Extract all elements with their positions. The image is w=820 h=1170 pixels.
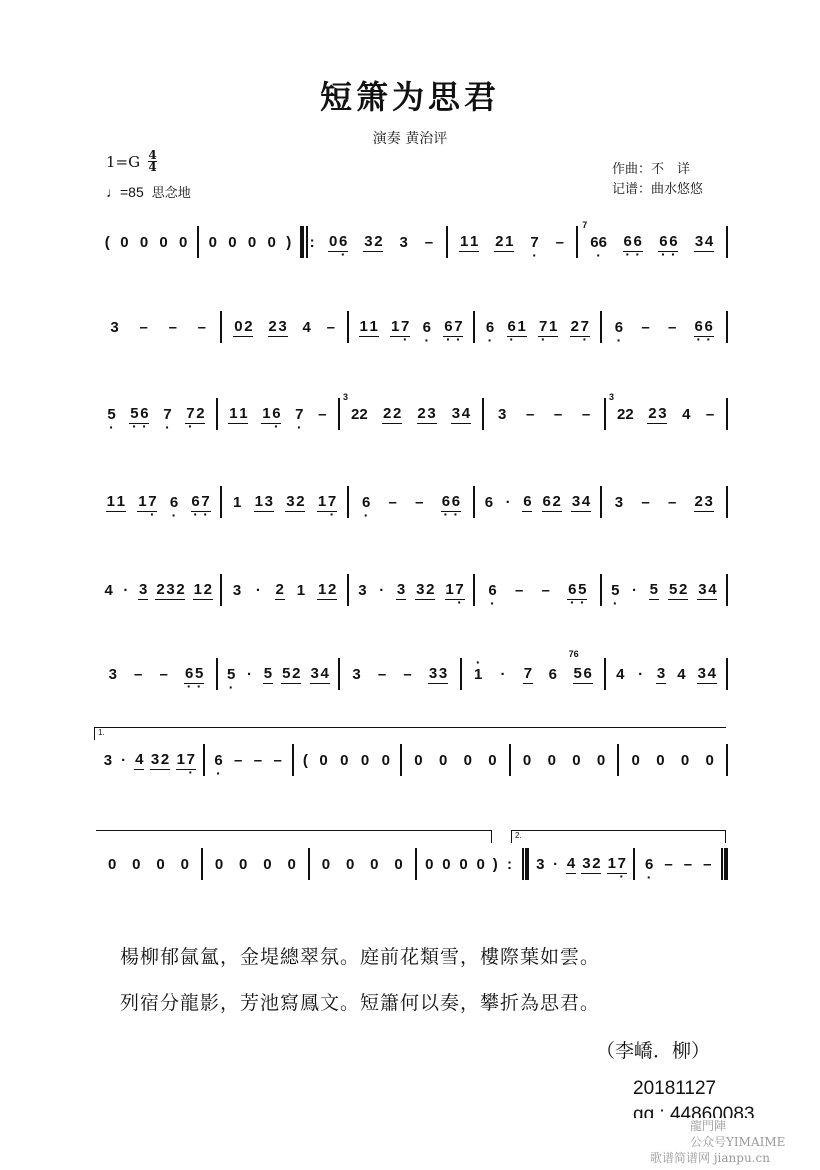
measure: 0000 — [310, 844, 415, 884]
measure: 0000): — [417, 844, 522, 884]
first-ending-continuation — [96, 830, 492, 843]
score-line-4: 1117667 1133217 6––66 6·66234 3––23 — [96, 482, 728, 522]
poem-line-2: 列宿分龍影，芳池寫鳳文。短簫何以奏，攀折為思君。 — [120, 988, 600, 1015]
score-title: 短箫为思君 — [0, 72, 820, 118]
score-line-5: 4·323212 3·2112 3·33217 6––65 5·55234 — [96, 570, 728, 610]
time-signature: 4 4 — [148, 150, 157, 173]
measure: 3––– — [484, 394, 604, 434]
measure: 3·43217 — [96, 740, 203, 780]
measure: 3––65 — [96, 654, 216, 694]
measure: 1·767656 — [462, 654, 604, 694]
score-line-3: 556772 11167– 322222334 3––– 322234– — [96, 394, 728, 434]
measure: 0000 — [619, 740, 726, 780]
tempo-marking: ♩=85思念地 — [106, 182, 191, 201]
score-line-7: 3·43217 6––– (0000 0000 0000 0000 — [96, 740, 728, 780]
measure: 322222334 — [340, 394, 482, 434]
measure: 6617127 — [475, 307, 599, 347]
final-barline — [721, 848, 728, 880]
qq-contact: qq : 44860083 — [633, 1104, 755, 1118]
poem-attribution: （李嶠．柳） — [596, 1036, 710, 1063]
measure: 1117667 — [96, 482, 220, 522]
measure: 6––66 — [349, 482, 473, 522]
measure: 3––– — [96, 307, 220, 347]
measure: 11167– — [218, 394, 338, 434]
measure: 556772 — [96, 394, 216, 434]
key-label: 1=G — [106, 153, 140, 171]
measure: 0000 — [511, 740, 618, 780]
first-ending-bracket: 1. — [94, 727, 726, 740]
score-line-8: 0000 0000 0000 0000): 3·43217 6––– — [96, 844, 728, 884]
measure: 4·3434 — [606, 654, 726, 694]
measure: 766666634 — [578, 222, 726, 262]
date-stamp: 20181127 — [633, 1078, 716, 1100]
mood-marking: 思念地 — [152, 186, 191, 201]
measure: (0000 — [294, 740, 401, 780]
measure: 6·66234 — [475, 482, 599, 522]
composer-credit: 作曲：不 详 — [612, 160, 703, 180]
measure: 0000 — [96, 844, 201, 884]
measure: 11217– — [448, 222, 577, 262]
measure: (0000 — [96, 222, 197, 262]
measure: 4·323212 — [96, 570, 220, 610]
measure: 3––23 — [602, 482, 726, 522]
measure: 06323– — [317, 222, 446, 262]
measure: 1117667 — [349, 307, 473, 347]
measure: 1133217 — [222, 482, 346, 522]
repeat-end-barline — [522, 848, 529, 880]
measure: 6––65 — [475, 570, 599, 610]
measure: 0000 — [203, 844, 308, 884]
poem-line-1: 楊柳郁氤氳，金堤總翠氛。庭前花類雪，樓際葉如雲。 — [120, 942, 600, 969]
measure: 6––66 — [602, 307, 726, 347]
measure: 6––– — [205, 740, 292, 780]
score-line-6: 3––65 5·55234 3––33 1·767656 4·3434 — [96, 654, 728, 694]
performer-credit: 演奏 黄治评 — [0, 128, 820, 148]
measure: 322234– — [606, 394, 726, 434]
measure: 0000 — [402, 740, 509, 780]
measure: 3––33 — [340, 654, 460, 694]
credits: 作曲：不 详 记谱：曲水悠悠 — [612, 160, 703, 200]
measure: 6––– — [635, 844, 721, 884]
measure: 5·55234 — [602, 570, 726, 610]
measure: 3·33217 — [349, 570, 473, 610]
second-ending-bracket: 2. — [511, 830, 726, 843]
score-line-1: (0000 0000) : 06323– 11217– 766666634 — [96, 222, 728, 262]
watermark: 龍門陣 公众号YIMAIME 歌谱简谱网 jianpu.cn — [690, 1118, 785, 1166]
repeat-start-barline: : — [300, 226, 317, 258]
score-line-2: 3––– 02234– 1117667 6617127 6––66 — [96, 307, 728, 347]
measure: 3·43217 — [529, 844, 634, 884]
measure: 5·55234 — [218, 654, 338, 694]
measure: 3·2112 — [222, 570, 346, 610]
transcriber-credit: 记谱：曲水悠悠 — [612, 180, 703, 200]
measure: 02234– — [222, 307, 346, 347]
key-signature: 1=G 4 4 — [106, 150, 157, 173]
measure: 0000) — [199, 222, 300, 262]
